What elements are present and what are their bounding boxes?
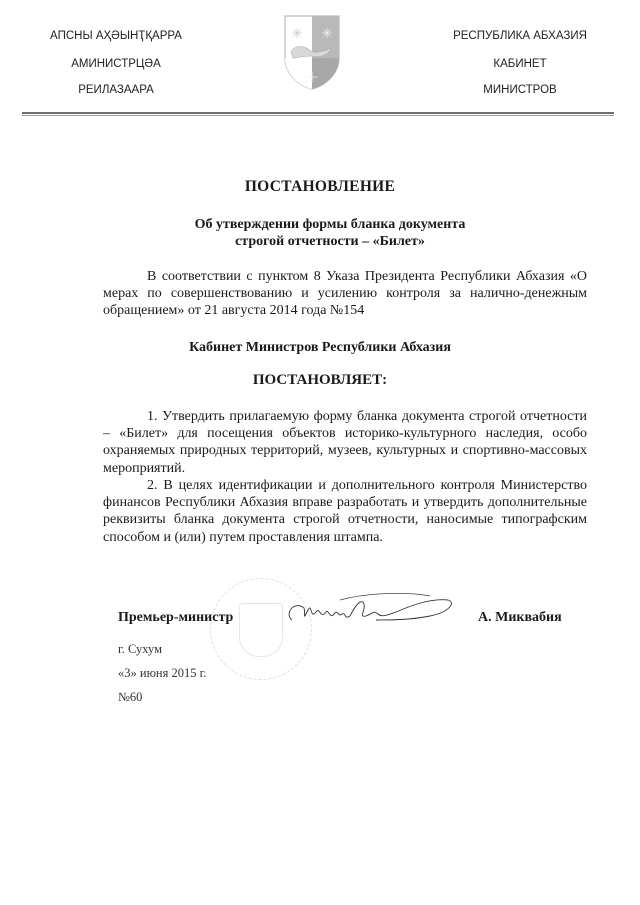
- subtitle-line-2: строгой отчетности – «Билет»: [120, 233, 540, 250]
- resolution-item-1: 1. Утвердить прилагаемую форму бланка до…: [103, 408, 587, 477]
- abkhazia-coat-of-arms-icon: [283, 12, 341, 90]
- city: г. Сухум: [118, 642, 162, 657]
- header-right-line-3: МИНИСТРОВ: [420, 84, 620, 96]
- header-left-line-2: АМИНИСТРЦӘА: [0, 58, 232, 70]
- date: «3» июня 2015 г.: [118, 666, 206, 681]
- signatory-name: А. Миквабия: [478, 610, 562, 626]
- preamble-paragraph: В соответствии с пунктом 8 Указа Президе…: [103, 268, 587, 320]
- signatory-role: Премьер-министр: [118, 610, 233, 626]
- subtitle-line-1: Об утверждении формы бланка документа: [120, 216, 540, 233]
- handwritten-signature-icon: [280, 590, 460, 630]
- header-right-line-2: КАБИНЕТ: [420, 58, 620, 70]
- header-left-line-1: АПСНЫ АҲӘЫНҬҚАРРА: [0, 30, 232, 42]
- issuer-heading: Кабинет Министров Республики Абхазия: [0, 340, 640, 356]
- header-rule-bottom: [22, 115, 614, 116]
- resolution-item-2: 2. В целях идентификации и дополнительно…: [103, 477, 587, 546]
- document-number: №60: [118, 690, 142, 705]
- document-title: ПОСТАНОВЛЕНИЕ: [0, 178, 640, 196]
- header-right-line-1: РЕСПУБЛИКА АБХАЗИЯ: [420, 30, 620, 42]
- resolves-heading: ПОСТАНОВЛЯЕТ:: [0, 372, 640, 389]
- document-subtitle: Об утверждении формы бланка документа ст…: [120, 216, 540, 250]
- header-left-line-3: РЕИЛАЗААРА: [0, 84, 232, 96]
- header-rule-top: [22, 112, 614, 114]
